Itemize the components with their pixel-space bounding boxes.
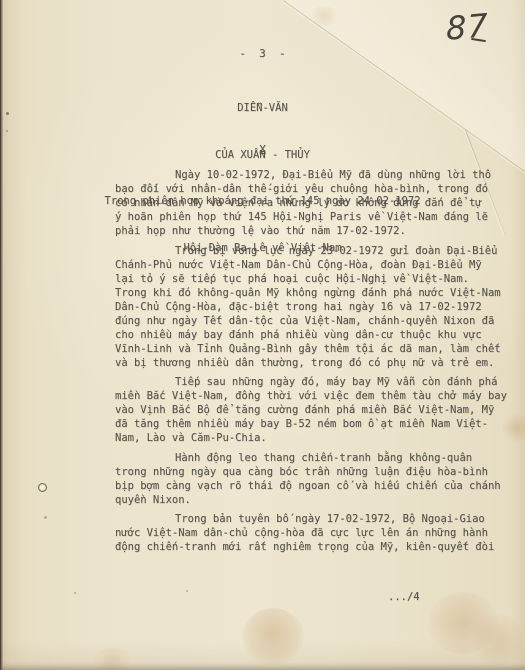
text-line: nước Việt-Nam dân-chủ cộng-hòa đã cực lự… <box>115 526 500 540</box>
paper-stain <box>428 592 498 654</box>
text-line: cho nhiều máy bay đánh phá nhiều vùng dâ… <box>115 328 500 342</box>
text-line: Trong khi đó không-quân Mỹ không ngừng đ… <box>115 286 500 300</box>
paragraph: Trong bản tuyên bố ngày 17-02-1972, Bộ N… <box>115 512 500 554</box>
paper-stain <box>242 608 304 666</box>
paragraph: Tiếp sau những ngày đó, máy bay Mỹ vẫn c… <box>115 375 500 445</box>
text-line: Dân-Chủ Cộng-Hòa, đặc-biệt trong hai ngà… <box>115 300 500 314</box>
paragraph: Trong bị vong lục ngày 23-02-1972 gửi đo… <box>115 244 500 370</box>
ink-speck <box>186 590 188 592</box>
text-line: bạo đối với nhân-dân thế-giới yêu chuộng… <box>115 182 500 196</box>
text-line: miền Bắc Việt-Nam, đồng thời với việc đe… <box>115 389 500 403</box>
text-line: Nam, Lào và Căm-Pu-Chia. <box>115 431 500 445</box>
text-line: ý hoãn phiên họp thứ 145 Hội-Nghị Paris … <box>115 210 500 224</box>
ink-speck <box>44 516 47 519</box>
text-line: đã tăng thêm nhiều máy bay B-52 ném bom … <box>115 417 500 431</box>
text-line: Chánh-Phủ nước Việt-Nam Dân-Chủ Cộng-Hòa… <box>115 258 500 272</box>
separator-mark: X = <box>0 143 525 161</box>
title-line-speech: DIỄN-VĂN <box>0 101 525 117</box>
paper-stain <box>502 412 525 444</box>
text-line: động chiến-tranh mới rất nghiêm trọng củ… <box>115 540 500 554</box>
paper-bottom-edge <box>0 663 525 670</box>
text-line: bịp bợm càng vạch rõ thái độ ngoan cố và… <box>115 479 500 493</box>
text-line: Ngày 10-02-1972, Đại-Biểu Mỹ đã dùng nhữ… <box>115 168 500 182</box>
punch-hole <box>38 483 47 492</box>
text-line: phải họp như thường lệ vào thứ năm 17-02… <box>115 224 500 238</box>
text-line: trong những ngày qua càng bóc trần những… <box>115 465 500 479</box>
paragraph: Hành động leo thang chiến-tranh bằng khô… <box>115 451 500 507</box>
text-line: quyền Nixon. <box>115 493 500 507</box>
text-line: Trong bản tuyên bố ngày 17-02-1972, Bộ N… <box>115 512 500 526</box>
ink-speck <box>74 592 76 594</box>
text-line: đúng như ngày Tết dân-tộc của Việt-Nam, … <box>115 314 500 328</box>
continuation-marker: .../4 <box>388 591 420 603</box>
page-number: - 3 - <box>0 47 525 60</box>
separator-eq-glyph: = <box>0 146 525 159</box>
paper-stain <box>470 615 525 665</box>
text-line: Trong bị vong lục ngày 23-02-1972 gửi đo… <box>115 244 500 258</box>
text-line: vào Vịnh Bắc Bộ để tăng cường đánh phá m… <box>115 403 500 417</box>
text-line: lại tỏ ý sẽ tiếp tục phá hoại cuộc Hội-N… <box>115 272 500 286</box>
text-line: có nhân-dân Mỹ và viện ra những lý do kh… <box>115 196 500 210</box>
paragraph: Ngày 10-02-1972, Đại-Biểu Mỹ đã dùng nhữ… <box>115 168 500 238</box>
document-page: 87 - 3 - DIỄN-VĂN CỦA XUÂN - THỦY Trong … <box>0 0 525 670</box>
text-line: Vĩnh-Linh và Tỉnh Quảng-Bình gây thêm tộ… <box>115 342 500 356</box>
body-text: Ngày 10-02-1972, Đại-Biểu Mỹ đã dùng nhữ… <box>115 168 500 560</box>
text-line: và bị thương nhiều dân thường, trong đó … <box>115 356 500 370</box>
text-line: Hành động leo thang chiến-tranh bằng khô… <box>115 451 500 465</box>
text-line: Tiếp sau những ngày đó, máy bay Mỹ vẫn c… <box>115 375 500 389</box>
